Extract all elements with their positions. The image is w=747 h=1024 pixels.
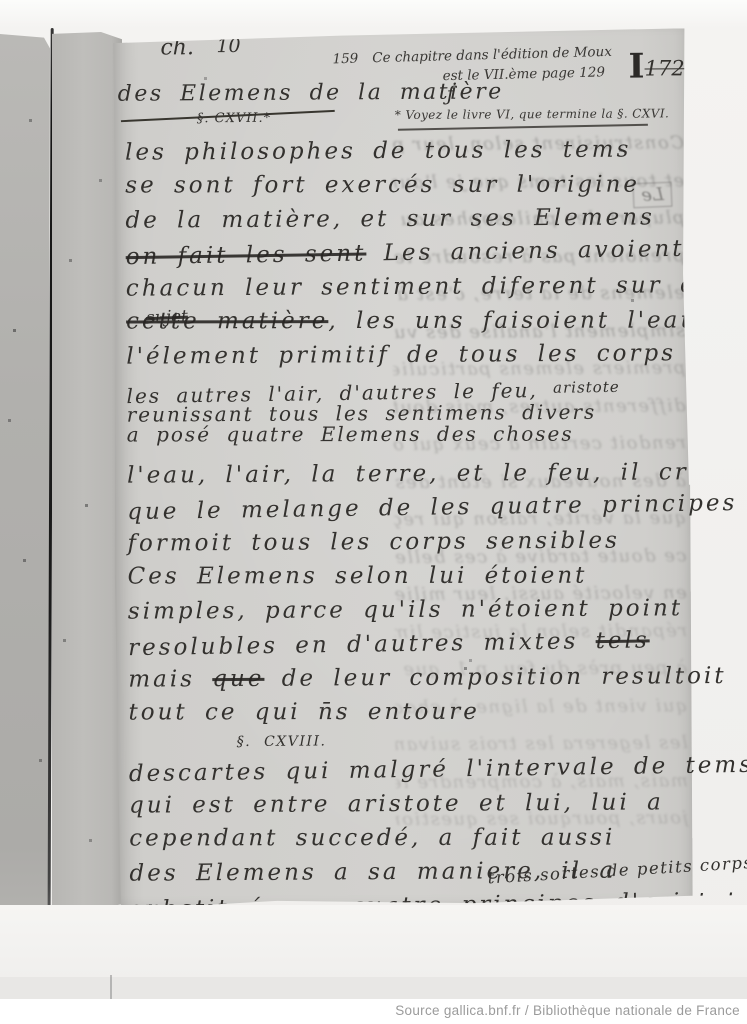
handwritten-text: se sont fort exercés sur l'origine: [125, 172, 640, 199]
handwritten-text: que le melange de les quatre principes: [127, 490, 737, 525]
manuscript-body-lines: les philosophes de tous les temsse sont …: [125, 132, 690, 924]
manuscript-line: cependant succedé, a fait aussi: [129, 820, 689, 855]
manuscript-line: mais que de leur composition resultoit: [128, 659, 688, 696]
handwritten-text: descartes qui malgré l'intervale de tems: [129, 752, 747, 787]
note-number: 159: [332, 51, 358, 68]
manuscript-line: se sont fort exercés sur l'origine: [125, 167, 685, 202]
inner-margin-strip: [52, 32, 122, 946]
manuscript-line: a posé quatre Elemens des choses: [127, 423, 687, 445]
paper-speckles: [0, 0, 1, 1]
handwritten-text: Ces Elemens selon lui étoient: [128, 563, 588, 590]
folio-mark: I: [628, 47, 644, 87]
handwritten-text: aristote: [553, 378, 620, 397]
scanner-shadow-band: [0, 977, 747, 999]
handwritten-text: l'élement primitif de tous les corps: [126, 340, 676, 369]
footnote-underline: [398, 124, 648, 131]
handwritten-text: Les anciens avoient: [366, 236, 685, 267]
handwritten-text: de leur composition resultoit: [264, 663, 726, 692]
facing-page-edge: [0, 34, 50, 936]
editor-note-line1: 159Ce chapitre dans l'édition de Moux: [332, 44, 612, 68]
handwritten-text: resolubles en d'autres mixtes: [128, 628, 596, 661]
handwritten-text: qui est entre aristote et lui, lui a: [129, 789, 664, 818]
handwritten-text: , les uns faisoient l'eau: [328, 307, 698, 334]
title-mark: ƒ: [447, 82, 455, 106]
source-attribution: Source gallica.bnf.fr / Bibliothèque nat…: [395, 1003, 747, 1018]
handwritten-text: les philosophes de tous les tems: [125, 137, 631, 166]
handwritten-text: chacun leur sentiment diferent sur ce: [126, 272, 713, 302]
handwritten-text: cependant succedé, a fait aussi: [129, 825, 615, 852]
handwritten-text: a posé quatre Elemens des choses: [127, 422, 574, 447]
handwritten-text: mais: [128, 666, 212, 693]
section-reference: §. CXVII.*: [197, 111, 271, 126]
struck-text: tels: [595, 627, 649, 654]
chapter-number: 10: [216, 35, 240, 57]
manuscript-line: qui est entre aristote et lui, lui a: [129, 785, 689, 822]
manuscript-line: chacun leur sentiment diferent sur ce: [126, 268, 686, 305]
manuscript-line: on fait les sent Les anciens avoient: [125, 232, 685, 274]
manuscript-line: cette matière, les uns faisoient l'eau: [126, 303, 686, 338]
scan-lower-margin: [0, 905, 747, 977]
handwritten-text: simples, parce qu'ils n'étoient point: [128, 595, 683, 624]
manuscript-line: Ces Elemens selon lui étoient: [128, 558, 688, 593]
manuscript-line: l'élement primitif de tous les corps: [126, 336, 686, 373]
folio-number: 172: [644, 56, 684, 80]
manuscript-line: formoit tous les corps sensibles: [127, 523, 687, 560]
manuscript-page: Construisirent selon, leur philosophieet…: [110, 28, 692, 910]
handwritten-text: de la matière, et sur ses Elemens: [125, 204, 655, 233]
handwritten-text: formoit tous les corps sensibles: [127, 528, 620, 557]
struck-text: on fait les sent: [126, 241, 367, 271]
chapter-mark: ch.: [160, 35, 194, 60]
page-edge-shadow: [110, 975, 112, 999]
manuscript-line: tout ce qui n̄s entoure: [128, 694, 688, 729]
handwritten-text: l'eau, l'air, la terre, et le feu, il cr…: [127, 459, 747, 489]
struck-text: que: [212, 666, 264, 692]
note-text: Ce chapitre dans l'édition de Moux: [372, 44, 612, 66]
handwritten-text: tout ce qui n̄s entoure: [128, 699, 479, 726]
manuscript-line: les philosophes de tous les tems: [125, 132, 685, 169]
interlinear-insert-sujet: sujet: [146, 307, 189, 329]
handwritten-text: §. CXVIII.: [237, 733, 327, 750]
marginal-footnote: * Voyez le livre VI, que termine la §. C…: [395, 106, 669, 122]
gallica-footer: Source gallica.bnf.fr / Bibliothèque nat…: [0, 999, 747, 1024]
